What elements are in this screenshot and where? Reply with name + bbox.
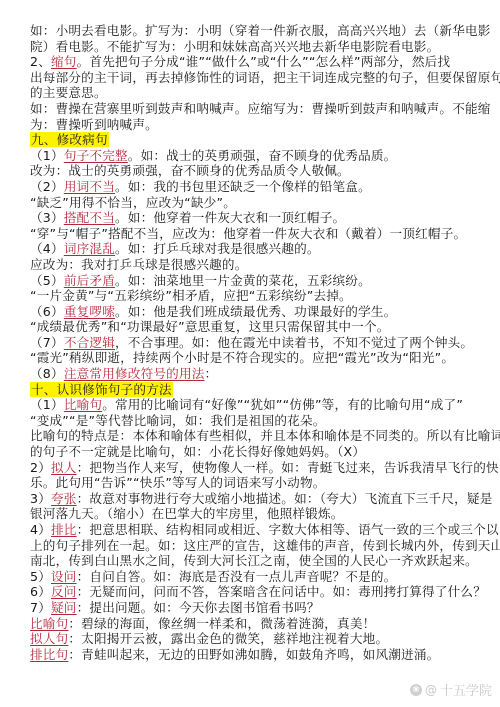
line-text: 院）看电影。不能扩写为：小明和妹妹高高兴兴地去新华电影院看电影。 [30, 39, 439, 54]
keyword-term: 夸张 [51, 491, 77, 506]
text-line: 4）排比：把意思相联、结构相同或相近、字数大体相等、语气一致的三个或三个以 [30, 522, 476, 538]
watermark-text: 十五学院 [440, 680, 492, 699]
paw-icon: ❀ [410, 684, 422, 696]
document-page: 如：小明去看电影。扩写为：小明（穿着一件新衣服，高高兴兴地）去（新华电影院）看电… [30, 23, 476, 662]
line-text: 改为：战士的英勇顽强，奋不顾身的优秀品质令人敬佩。 [30, 163, 350, 178]
line-text: 为：曹操听到呐喊声。 [30, 117, 158, 132]
section-heading: 十、认识修饰句子的方法 [30, 382, 476, 398]
text-line: 银河落九天。（缩小）在巴掌大的牢房里，他照样锻炼。 [30, 506, 476, 522]
keyword-term: 比喻句 [30, 616, 68, 631]
keyword-term: 缩句 [51, 54, 77, 69]
text-line: 2、缩句。首先把句子分成“谁”“做什么”或“什么”“怎么样”两部分，然后找 [30, 54, 476, 70]
line-text: 乐。此句用“告诉”“快乐”等写人的词语来写小动物。 [30, 475, 326, 490]
line-text: ：把物当作人来写，使物像人一样。如：青蜓飞过来，告诉我清早飞行的快 [77, 460, 499, 475]
text-line: 比喻句：碧绿的海面，像丝绸一样柔和，微荡着涟漪，真美！ [30, 616, 476, 632]
line-text: （4） [30, 241, 64, 256]
keyword-term: 拟人句 [30, 631, 68, 646]
text-line: “霞光”稍纵即逝，持续两个小时是不符合现实的。应把“霞光”改为“阳光”。 [30, 350, 476, 366]
line-text: 银河落九天。（缩小）在巴掌大的牢房里，他照样锻炼。 [30, 506, 344, 521]
line-text: 的主要意思。 [30, 85, 107, 100]
text-line: 拟人句：太阳揭开云被，露出金色的微笑，慈祥地注视着大地。 [30, 631, 476, 647]
text-line: “变成”“是”等代替比喻词，如：我们是祖国的花朵。 [30, 413, 476, 429]
line-text: “穿”与“帽子”搭配不当，应改为：他穿着一件灰大衣和（戴着）一顶红帽子。 [30, 226, 466, 241]
line-text: （7） [30, 335, 64, 350]
keyword-term: 疑问 [51, 600, 77, 615]
keyword-term: 前后矛盾 [64, 273, 115, 288]
keyword-term: 拟人 [51, 460, 77, 475]
text-line: （5）前后矛盾。如：油菜地里一片金黄的菜花，五彩缤纷。 [30, 273, 476, 289]
text-line: （2）用词不当。如：我的书包里还缺乏一个像样的铅笔盒。 [30, 179, 476, 195]
line-text: 。如：战士的英勇顽强，奋不顾身的优秀品质。 [128, 148, 397, 163]
keyword-term: 注意常用修改符号的用法 [64, 366, 205, 381]
keyword-term: 搭配不当 [64, 210, 115, 225]
text-line: 如：曹操在营寨里听到鼓声和呐喊声。应缩写为：曹操听到鼓声和呐喊声。不能缩 [30, 101, 476, 117]
keyword-term: 句子不完整 [64, 148, 128, 163]
text-line: （8）注意常用修改符号的用法： [30, 366, 476, 382]
text-line: 的句子不一定就是比喻句，如：小花长得好像她妈妈。（X） [30, 444, 476, 460]
line-text: 。常用的比喻词有“好像”“犹如”“仿佛”等，有的比喻句用“成了” [102, 397, 463, 412]
line-text: 。如：他是我们班成绩最优秀、功课最好的学生。 [115, 304, 396, 319]
line-text: 出每部分的主干词，再去掉修饰性的词语，把主干词连成完整的句子，但要保留原句 [30, 70, 500, 85]
text-line: “缺乏”用得不恰当，应改为“缺少”。 [30, 195, 476, 211]
watermark: ❀ @ 十五学院 [410, 680, 492, 699]
text-line: （6）重复啰嗦。如：他是我们班成绩最优秀、功课最好的学生。 [30, 304, 476, 320]
line-text: 2） [30, 460, 51, 475]
line-text: 。如：油菜地里一片金黄的菜花，五彩缤纷。 [115, 273, 371, 288]
line-text: （3） [30, 210, 64, 225]
text-line: “一片金黄”与“五彩缤纷”相矛盾，应把“五彩缤纷”去掉。 [30, 288, 476, 304]
line-text: ： [205, 366, 218, 381]
line-text: 比喻句的特点是：本体和喻体有些相似，并且本体和喻体是不同类的。所以有比喻词 [30, 428, 500, 443]
line-text: ：自问自答。如：海底是否没有一点儿声音呢？不是的。 [77, 569, 397, 584]
text-line: 改为：战士的英勇顽强，奋不顾身的优秀品质令人敬佩。 [30, 163, 476, 179]
line-text: ：青蛙叫起来，无边的田野如沸如腾，如鼓角齐鸣，如风潮迸涌。 [68, 647, 439, 662]
text-line: 的主要意思。 [30, 85, 476, 101]
line-text: ：碧绿的海面，像丝绸一样柔和，微荡着涟漪，真美！ [68, 616, 375, 631]
keyword-term: 词序混乱 [64, 241, 115, 256]
text-line: （1）句子不完整。如：战士的英勇顽强，奋不顾身的优秀品质。 [30, 148, 476, 164]
text-line: 南北，传到白山黑水之间，传到大河长江之南，使全国的人民心一齐欢跃起来。 [30, 553, 476, 569]
text-line: 比喻句的特点是：本体和喻体有些相似，并且本体和喻体是不同类的。所以有比喻词 [30, 428, 476, 444]
keyword-term: 不合逻辑 [64, 335, 115, 350]
keyword-term: 排比 [51, 522, 77, 537]
keyword-term: 比喻句 [64, 397, 102, 412]
text-line: （1）比喻句。常用的比喻词有“好像”“犹如”“仿佛”等，有的比喻句用“成了” [30, 397, 476, 413]
line-text: 。如：他穿着一件灰大衣和一顶红帽子。 [115, 210, 345, 225]
text-line: 5）设问：自问自答。如：海底是否没有一点儿声音呢？不是的。 [30, 569, 476, 585]
line-text: 应改为：我对打乒乓球是很感兴趣的。 [30, 257, 248, 272]
line-text: ：无疑而问，问而不答，答案暗含在问话中。如：毒刑拷打算得了什么？ [77, 584, 486, 599]
line-text: 5） [30, 569, 51, 584]
line-text: 的句子不一定就是比喻句，如：小花长得好像她妈妈。（X） [30, 444, 365, 459]
text-line: 如：小明去看电影。扩写为：小明（穿着一件新衣服，高高兴兴地）去（新华电影 [30, 23, 476, 39]
line-text: 如：小明去看电影。扩写为：小明（穿着一件新衣服，高高兴兴地）去（新华电影 [30, 23, 491, 38]
line-text: （6） [30, 304, 64, 319]
line-text: “霞光”稍纵即逝，持续两个小时是不符合现实的。应把“霞光”改为“阳光”。 [30, 350, 454, 365]
line-text: 上的句子排列在一起。如：这庄严的宣告，这雄伟的声音，传到长城内外，传到天山 [30, 538, 500, 553]
line-text: 3） [30, 491, 51, 506]
text-line: 7）疑问：提出问题。如：今天你去图书馆看书吗？ [30, 600, 476, 616]
keyword-term: 设问 [51, 569, 77, 584]
line-text: ，不合事理。如：他在霞光中读着书，不知不觉过了两个钟头。 [115, 335, 473, 350]
text-line: 出每部分的主干词，再去掉修饰性的词语，把主干词连成完整的句子，但要保留原句 [30, 70, 476, 86]
line-text: 南北，传到白山黑水之间，传到大河长江之南，使全国的人民心一齐欢跃起来。 [30, 553, 478, 568]
text-line: 应改为：我对打乒乓球是很感兴趣的。 [30, 257, 476, 273]
text-line: 2）拟人：把物当作人来写，使物像人一样。如：青蜓飞过来，告诉我清早飞行的快 [30, 460, 476, 476]
line-text: “成绩最优秀”和“功课最好”意思重复，这里只需保留其中一个。 [30, 319, 390, 334]
keyword-term: 重复啰嗦 [64, 304, 115, 319]
line-text: 7） [30, 600, 51, 615]
line-text: “缺乏”用得不恰当，应改为“缺少”。 [30, 195, 236, 210]
heading-text: 十、认识修饰句子的方法 [30, 382, 173, 397]
keyword-term: 反问 [51, 584, 77, 599]
text-line: 院）看电影。不能扩写为：小明和妹妹高高兴兴地去新华电影院看电影。 [30, 39, 476, 55]
line-text: ：太阳揭开云被，露出金色的微笑，慈祥地注视着大地。 [68, 631, 388, 646]
line-text: 4） [30, 522, 51, 537]
at-symbol: @ [425, 683, 437, 697]
text-line: 6）反问：无疑而问，问而不答，答案暗含在问话中。如：毒刑拷打算得了什么？ [30, 584, 476, 600]
line-text: “一片金黄”与“五彩缤纷”相矛盾，应把“五彩缤纷”去掉。 [30, 288, 352, 303]
text-line: “穿”与“帽子”搭配不当，应改为：他穿着一件灰大衣和（戴着）一顶红帽子。 [30, 226, 476, 242]
text-line: 乐。此句用“告诉”“快乐”等写人的词语来写小动物。 [30, 475, 476, 491]
line-text: （2） [30, 179, 64, 194]
line-text: （8） [30, 366, 64, 381]
keyword-term: 用词不当 [64, 179, 115, 194]
text-line: （7）不合逻辑，不合事理。如：他在霞光中读着书，不知不觉过了两个钟头。 [30, 335, 476, 351]
line-text: 如：曹操在营寨里听到鼓声和呐喊声。应缩写为：曹操听到鼓声和呐喊声。不能缩 [30, 101, 491, 116]
line-text: 。如：打乒乓球对我是很感兴趣的。 [115, 241, 320, 256]
text-line: 排比句：青蛙叫起来，无边的田野如沸如腾，如鼓角齐鸣，如风潮迸涌。 [30, 647, 476, 663]
text-line: 3）夸张：故意对事物进行夸大或缩小地描述。如：（夸大）飞流直下三千尺，疑是 [30, 491, 476, 507]
heading-text: 九、修改病句 [30, 132, 109, 147]
text-line: “成绩最优秀”和“功课最好”意思重复，这里只需保留其中一个。 [30, 319, 476, 335]
line-text: （1） [30, 397, 64, 412]
line-text: 2、 [30, 54, 51, 69]
line-text: ：把意思相联、结构相同或相近、字数大体相等、语气一致的三个或三个以 [77, 522, 499, 537]
line-text: ：提出问题。如：今天你去图书馆看书吗？ [77, 600, 320, 615]
text-line: （3）搭配不当。如：他穿着一件灰大衣和一顶红帽子。 [30, 210, 476, 226]
line-text: 。如：我的书包里还缺乏一个像样的铅笔盒。 [115, 179, 371, 194]
line-text: （5） [30, 273, 64, 288]
text-line: 上的句子排列在一起。如：这庄严的宣告，这雄伟的声音，传到长城内外，传到天山 [30, 538, 476, 554]
line-text: （1） [30, 148, 64, 163]
text-line: （4）词序混乱。如：打乒乓球对我是很感兴趣的。 [30, 241, 476, 257]
text-line: 为：曹操听到呐喊声。 [30, 117, 476, 133]
section-heading: 九、修改病句 [30, 132, 476, 148]
line-text: 。首先把句子分成“谁”“做什么”或“什么”“怎么样”两部分，然后找 [77, 54, 451, 69]
keyword-term: 排比句 [30, 647, 68, 662]
line-text: ：故意对事物进行夸大或缩小地描述。如：（夸大）飞流直下三千尺，疑是 [77, 491, 493, 506]
line-text: “变成”“是”等代替比喻词，如：我们是祖国的花朵。 [30, 413, 326, 428]
line-text: 6） [30, 584, 51, 599]
